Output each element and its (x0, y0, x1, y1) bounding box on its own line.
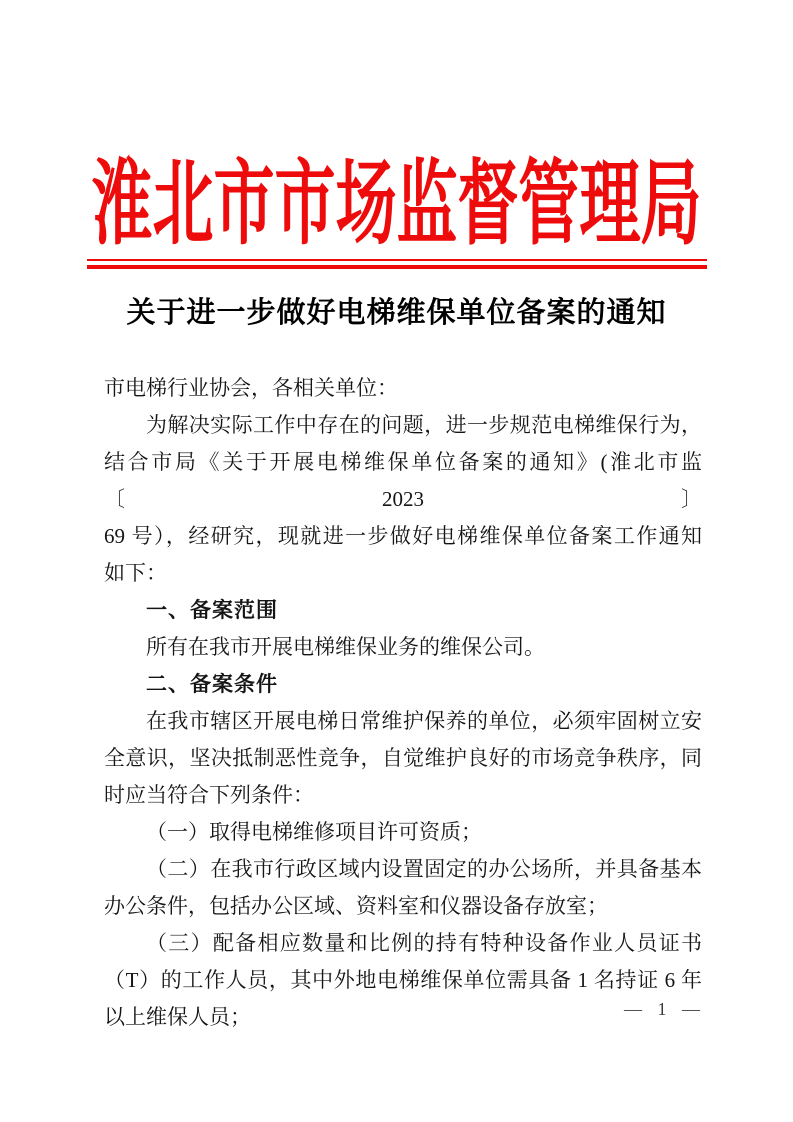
page-number: — 1 — (624, 999, 701, 1020)
document-page: 淮北市市场监督管理局 关于进一步做好电梯维保单位备案的通知 市电梯行业协会，各相… (0, 0, 793, 1122)
letterhead-divider (87, 259, 707, 269)
body-line: （三）配备相应数量和比例的持有特种设备作业人员证书 (104, 925, 702, 962)
body-line: 在我市辖区开展电梯日常维护保养的单位，必须牢固树立安 (104, 703, 702, 740)
section-heading-2: 二、备案条件 (104, 666, 702, 703)
body-line: 以上维保人员； (104, 999, 702, 1036)
document-body: 市电梯行业协会，各相关单位： 为解决实际工作中存在的问题，进一步规范电梯维保行为… (104, 370, 702, 1036)
section-heading-1: 一、备案范围 (104, 592, 702, 629)
letterhead: 淮北市市场监督管理局 (0, 0, 793, 252)
body-line: （二）在我市行政区域内设置固定的办公场所，并具备基本 (104, 851, 702, 888)
body-line: 结合市局《关于开展电梯维保单位备案的通知》(淮北市监〔2023〕 (104, 444, 702, 518)
body-line: （一）取得电梯维修项目许可资质； (104, 814, 702, 851)
body-line: 办公条件，包括办公区域、资料室和仪器设备存放室； (104, 888, 702, 925)
body-line: 如下： (104, 555, 702, 592)
letterhead-agency-name: 淮北市市场监督管理局 (91, 159, 701, 252)
salutation: 市电梯行业协会，各相关单位： (104, 370, 702, 407)
body-line: 时应当符合下列条件： (104, 777, 702, 814)
body-line: 为解决实际工作中存在的问题，进一步规范电梯维保行为， (104, 407, 702, 444)
document-title: 关于进一步做好电梯维保单位备案的通知 (0, 290, 793, 331)
body-line: （T）的工作人员，其中外地电梯维保单位需具备 1 名持证 6 年 (104, 962, 702, 999)
body-line: 所有在我市开展电梯维保业务的维保公司。 (104, 629, 702, 666)
body-line: 69 号），经研究，现就进一步做好电梯维保单位备案工作通知 (104, 518, 702, 555)
body-line: 全意识，坚决抵制恶性竞争，自觉维护良好的市场竞争秩序，同 (104, 740, 702, 777)
